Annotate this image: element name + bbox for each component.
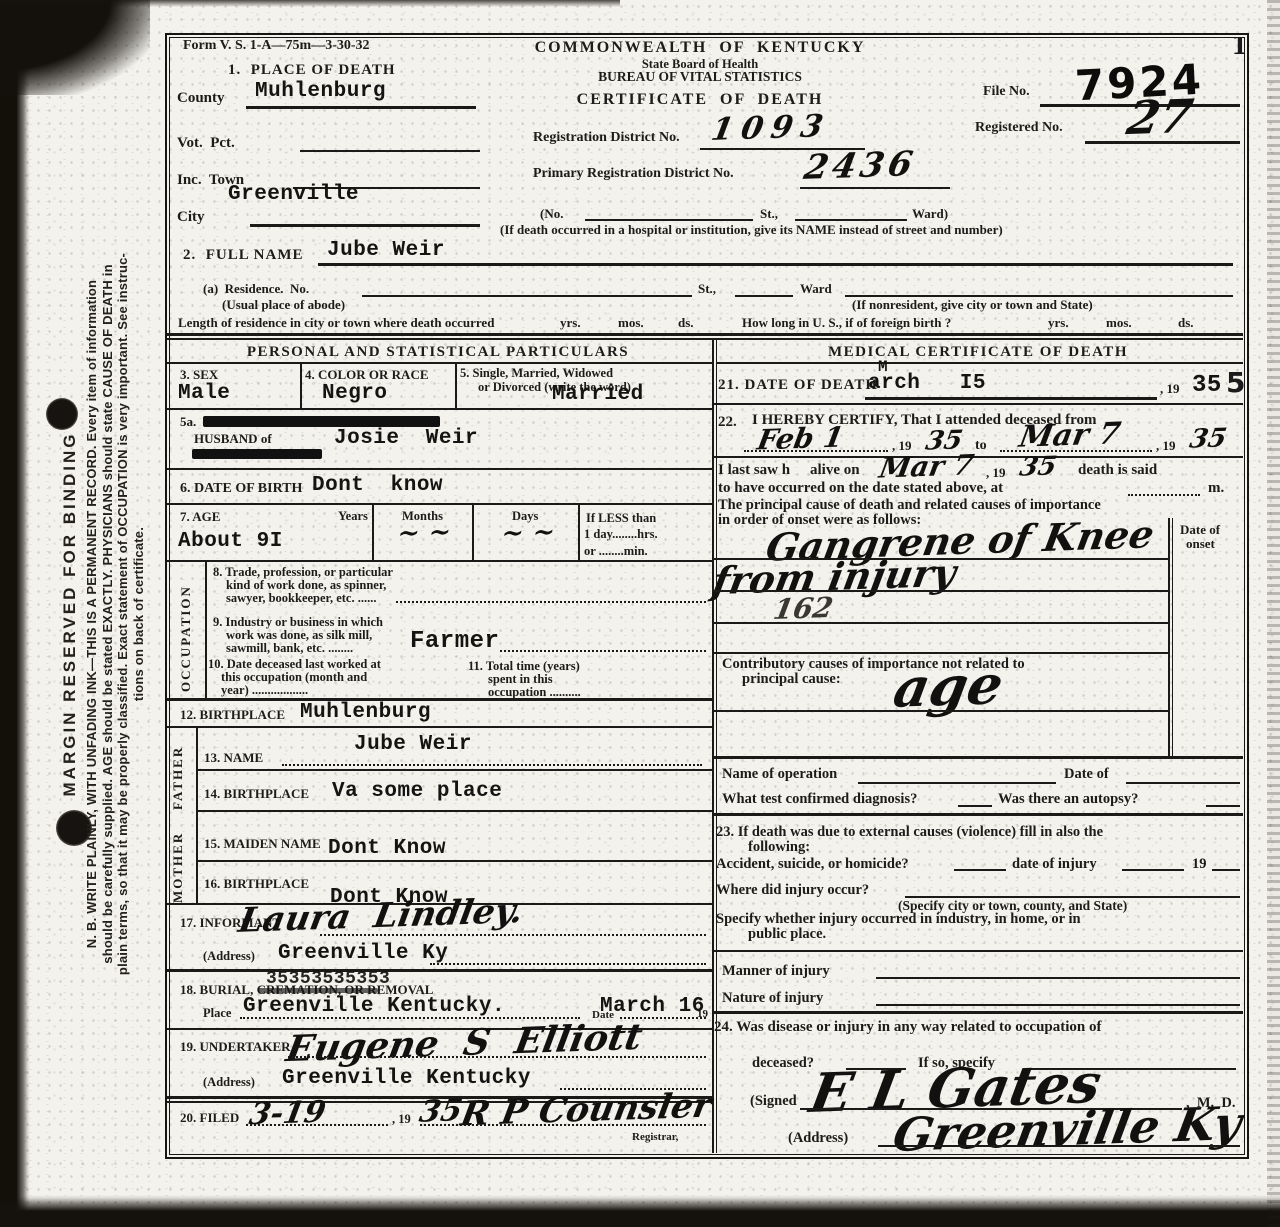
mos-label: mos.	[618, 315, 644, 331]
lastsaw-19-label: , 19	[986, 465, 1006, 481]
nature-of-injury-label: Nature of injury	[722, 990, 823, 1007]
dob-label: 6. DATE OF BIRTH	[180, 481, 302, 497]
age-value: About 9I	[178, 530, 283, 553]
contributory-line2: principal cause:	[742, 671, 841, 688]
dob-value: Dont know	[312, 474, 443, 497]
age-months-value: ~ ~	[395, 517, 453, 549]
dark-bottom-edge	[0, 1195, 1280, 1227]
ifless-label-2: 1 day........hrs.	[584, 527, 658, 542]
informant-address-value: Greenville Ky	[278, 942, 448, 965]
item8-line3: sawyer, bookkeeper, etc. ......	[226, 591, 376, 606]
death-is-said-label: death is said	[1078, 462, 1157, 479]
ds-label-2: ds.	[1178, 315, 1194, 331]
burial-place-label: Place	[203, 1006, 231, 1021]
certificate-title: CERTIFICATE OF DEATH	[577, 91, 824, 109]
autopsy-label: Was there an autopsy?	[998, 791, 1138, 808]
burial-strike-bar	[258, 988, 378, 993]
father-vertical-label: FATHER	[170, 730, 186, 810]
registration-district-label: Registration District No.	[533, 130, 680, 146]
father-birthplace-label: 14. BIRTHPLACE	[204, 786, 309, 802]
binding-margin: MARGIN RESERVED FOR BINDING N. B. WRITE …	[40, 0, 166, 1227]
industry-value: Farmer	[410, 628, 499, 655]
alive-on-label: alive on	[810, 462, 860, 479]
undertaker-label: 19. UNDERTAKER	[180, 1039, 291, 1055]
q23-line2: following:	[748, 839, 810, 856]
item10-line3: year) ..................	[221, 683, 308, 698]
residence-st-label: St.,	[698, 281, 716, 297]
years-label: Years	[338, 509, 368, 524]
nonresident-note: (If nonresident, give city or town and S…	[852, 297, 1093, 313]
to-19-label: , 19	[1156, 438, 1176, 454]
place-of-death-label: 1. PLACE OF DEATH	[228, 62, 396, 79]
age-label: 7. AGE	[180, 509, 220, 525]
no-label: (No.	[540, 206, 563, 222]
father-birthplace-value: Va some place	[332, 780, 502, 803]
registered-no-value: 27	[1123, 89, 1197, 145]
yrs-label-2: yrs.	[1048, 315, 1069, 331]
item9-line3: sawmill, bank, etc. ........	[226, 641, 353, 656]
right-section-title: MEDICAL CERTIFICATE OF DEATH	[828, 344, 1128, 361]
husband-label: HUSBAND of	[194, 431, 272, 447]
signed-label: (Signed	[750, 1093, 797, 1110]
ifless-label-3: or ........min.	[584, 544, 648, 559]
right-edge-speckle	[1267, 0, 1280, 1227]
torn-left-edge	[0, 0, 30, 1227]
howlong-label: How long in U. S., if of foreign birth ?	[742, 315, 951, 331]
q24-line1: 24. Was disease or injury in any way rel…	[714, 1019, 1102, 1036]
cause-of-death-line3: 162	[771, 591, 836, 626]
where-injury-label: Where did injury occur?	[716, 882, 869, 899]
registered-no-label: Registered No.	[975, 120, 1063, 136]
yrs-label: yrs.	[560, 315, 581, 331]
age-days-value: ~ ~	[499, 517, 557, 549]
operation-date-label: Date of	[1064, 766, 1109, 783]
husband-value: Josie Weir	[334, 427, 478, 450]
undertaker-address-label: (Address)	[203, 1075, 255, 1090]
attended-to-date: Mar 7	[1017, 416, 1124, 454]
primary-registration-value: 2436	[801, 144, 919, 188]
q24-deceased-label: deceased?	[752, 1055, 814, 1072]
commonwealth-title: COMMONWEALTH OF KENTUCKY	[535, 39, 866, 57]
dod-year-value: 35	[1192, 372, 1222, 399]
hospital-note: (If death occurred in a hospital or inst…	[500, 222, 1003, 238]
dod-overstrike: 5	[1226, 366, 1245, 399]
sex-value: Male	[178, 382, 230, 405]
form-number: Form V. S. 1-A—75m—3-30-32	[183, 38, 370, 54]
margin-note-line: N. B. WRITE PLAINLY, WITH UNFADING INK—T…	[84, 76, 100, 1151]
date-of-death-label: 21. DATE OF DEATH	[718, 377, 878, 394]
occurred-m-label: m.	[1208, 480, 1224, 497]
husband-num: 5a.	[180, 414, 196, 430]
injury-19-label: 19	[1192, 856, 1207, 873]
marital-label-1: 5. Single, Married, Widowed	[460, 366, 613, 381]
accident-label: Accident, suicide, or homicide?	[716, 856, 909, 873]
ds-label: ds.	[678, 315, 694, 331]
abode-note: (Usual place of abode)	[222, 297, 345, 313]
race-value: Negro	[322, 382, 388, 405]
undertaker-address-value: Greenville Kentucky	[282, 1067, 531, 1090]
filed-date-value: 3-19	[247, 1095, 329, 1133]
burial-place-value: Greenville Kentucky.	[243, 995, 505, 1018]
filed-label: 20. FILED	[180, 1110, 239, 1126]
left-section-title: PERSONAL AND STATISTICAL PARTICULARS	[247, 344, 629, 361]
mother-birthplace-label: 16. BIRTHPLACE	[204, 876, 309, 892]
father-name-label: 13. NAME	[204, 750, 263, 766]
full-name-label: 2. FULL NAME	[183, 247, 304, 264]
scanned-death-certificate: 1 MARGIN RESERVED FOR BINDING N. B. WRIT…	[0, 0, 1280, 1227]
burial-overstrike: 35353535353	[266, 969, 390, 989]
st-label: St.,	[760, 206, 778, 222]
occupation-vertical-label: OCCUPATION	[178, 572, 194, 692]
specify-line2: public place.	[748, 926, 826, 943]
ifless-label-1: If LESS than	[586, 511, 656, 526]
birthplace-value: Muhlenburg	[300, 701, 431, 724]
mother-vertical-label: MOTHER	[170, 815, 186, 903]
redaction-bar	[192, 449, 322, 459]
file-no-label: File No.	[983, 84, 1030, 100]
margin-note-line: tions on back of certificate.	[131, 76, 147, 1151]
ward-label: Ward)	[912, 206, 948, 222]
mos-label-2: mos.	[1106, 315, 1132, 331]
to-label: to	[975, 438, 987, 454]
test-label: What test confirmed diagnosis?	[722, 791, 917, 808]
registrar-label: Registrar,	[632, 1131, 678, 1143]
margin-note-line: should be carefully supplied. AGE should…	[100, 76, 116, 1151]
to-year-value: 35	[1187, 423, 1229, 454]
city-label: City	[177, 209, 205, 226]
burial-date-value: March 16	[600, 995, 705, 1018]
physician-address-label: (Address)	[788, 1130, 848, 1147]
margin-title: MARGIN RESERVED FOR BINDING	[60, 76, 80, 1151]
county-label: County	[177, 90, 225, 107]
informant-address-label: (Address)	[203, 949, 255, 964]
primary-registration-label: Primary Registration District No.	[533, 166, 734, 182]
mother-name-label: 15. MAIDEN NAME	[204, 836, 321, 852]
county-value: Muhlenburg	[255, 80, 386, 103]
residence-label: (a) Residence. No.	[203, 281, 309, 297]
manner-of-injury-label: Manner of injury	[722, 963, 830, 980]
marital-value: Married	[552, 383, 644, 406]
city-value: Greenville	[228, 183, 359, 206]
mother-name-value: Dont Know	[328, 837, 446, 860]
filed-19-label: , 19	[392, 1112, 411, 1127]
residence-ward-label: Ward	[800, 281, 832, 297]
lastsaw-year: 35	[1017, 451, 1059, 482]
vot-pct-label: Vot. Pct.	[177, 135, 235, 152]
certify-num: 22.	[718, 414, 737, 431]
occurred-line: to have occurred on the date stated abov…	[718, 480, 1003, 497]
full-name-value: Jube Weir	[327, 239, 445, 262]
dod-19-label: , 19	[1160, 381, 1180, 397]
lastsaw-label: I last saw h	[718, 462, 790, 479]
operation-label: Name of operation	[722, 766, 837, 783]
margin-note-line: plain terms, so that it may be properly …	[115, 76, 131, 1151]
injury-date-label: date of injury	[1012, 856, 1097, 873]
father-name-value: Jube Weir	[354, 733, 472, 756]
sex-label: 3. SEX	[180, 367, 218, 383]
length-residence-label: Length of residence in city or town wher…	[178, 315, 494, 331]
bureau-subtitle: BUREAU OF VITAL STATISTICS	[598, 69, 802, 85]
registration-district-value: 1093	[708, 108, 833, 148]
date-of-death-value: arch I5	[868, 372, 986, 395]
redaction-bar	[203, 416, 440, 427]
race-label: 4. COLOR OR RACE	[305, 367, 429, 383]
date-of-onset-label-2: onset	[1186, 536, 1215, 552]
birthplace-label: 12. BIRTHPLACE	[180, 707, 285, 723]
